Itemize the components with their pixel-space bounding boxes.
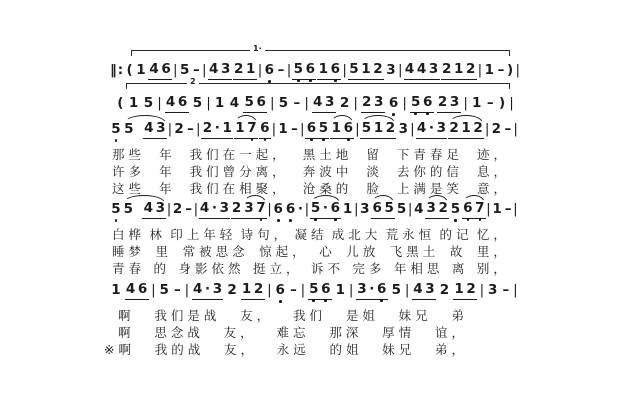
lyric-group: 我们曾分离， (190, 164, 289, 179)
note: 65 (371, 202, 395, 219)
note-digit: 4 (192, 283, 204, 297)
note: 12 (453, 283, 477, 300)
note: 4·3 (416, 122, 448, 139)
note-digit: 3 (211, 283, 223, 297)
note-digit: 5 (110, 123, 122, 137)
lyric-group: 的 (153, 261, 170, 276)
note-digit: 6 (259, 122, 271, 136)
note: 5 (396, 203, 408, 219)
barline: | (480, 284, 485, 300)
lyric-group: 是姐 (346, 308, 379, 323)
note: 3 (487, 284, 499, 300)
note-digit: 1 (234, 122, 246, 136)
note-digit: 2 (233, 63, 245, 77)
note: 5 (142, 97, 154, 113)
note: 512 (360, 122, 396, 139)
note: 3·6 (356, 283, 388, 300)
note-digit: 2 (465, 63, 477, 77)
note: – (173, 284, 182, 300)
note-digit: · (428, 122, 436, 136)
lyric-group: 常被思念 (183, 244, 249, 259)
note-digit: 6 (342, 122, 354, 136)
note-digit: 6 (274, 284, 286, 298)
note-digit: 1 (221, 122, 233, 136)
note: ( (116, 97, 125, 113)
barline: | (185, 284, 190, 300)
note-digit: ) (506, 64, 515, 78)
lyric-row: 这些年我们在相聚，沧桑的脸上满是笑意， (112, 181, 510, 196)
barline: | (206, 97, 211, 113)
note: 37 (243, 202, 267, 219)
note: 4·3 (192, 283, 224, 300)
note-digit: 3 (373, 96, 385, 110)
barline: | (304, 97, 309, 113)
barline: | (173, 64, 178, 80)
note-group: 543 (122, 202, 166, 219)
note: 5 (123, 123, 135, 139)
note-digit: 5 (449, 203, 461, 217)
lyric-group: 许多 (112, 164, 145, 179)
lyric-group: 那些 (112, 147, 145, 162)
note-digit: 6 (263, 64, 275, 78)
barline: | (353, 97, 358, 113)
note: 3 (359, 203, 371, 219)
note-digit: 3 (243, 202, 255, 216)
note: 2·1 (201, 122, 233, 139)
barline: | (194, 203, 199, 219)
lyric-group: 成北大 (332, 227, 382, 242)
note-digit: 1 (128, 97, 140, 111)
note-digit: 3 (487, 284, 499, 298)
note-digit: 1 (453, 63, 465, 77)
lyric-group: 上满是笑 (397, 181, 463, 196)
note-digit: 4 (228, 97, 240, 111)
note: – (501, 284, 510, 300)
note-digit: 1 (110, 284, 122, 298)
lyric-group: 故 (450, 244, 467, 259)
note-digit: 4 (199, 202, 211, 216)
lyric-group: 永远 (277, 342, 310, 357)
note-digit: 5 (179, 64, 191, 78)
barline: | (463, 97, 468, 113)
barline: | (410, 123, 415, 139)
note-digit: 5 (348, 63, 360, 77)
note-digit: 5 (158, 284, 170, 298)
note-digit: – (292, 97, 301, 111)
lyric-group: 心 (319, 244, 336, 259)
note-digit: 1 (471, 97, 483, 111)
note-digit: 5 (317, 122, 329, 136)
lyric-row: 啊思念战友，难忘那深厚情谊， (118, 325, 468, 340)
note: 2 (490, 123, 502, 139)
lyric-group: 年 (159, 164, 176, 179)
note: – (503, 123, 512, 139)
lyric-group: 这些 (112, 181, 145, 196)
note-digit: 4 (416, 63, 428, 77)
note-digit: 2 (438, 284, 450, 298)
note: 212 (441, 63, 477, 80)
note-digit: 5 (308, 283, 320, 297)
barline: | (202, 64, 207, 80)
note: 17 (234, 122, 258, 139)
note: 2 (438, 284, 450, 300)
note: 56 (243, 96, 267, 113)
note: 1 (342, 203, 354, 219)
lyric-group: 年 (159, 181, 176, 196)
lyric-group: 别， (477, 261, 510, 276)
note: 1 (334, 284, 346, 300)
note-digit: 4 (143, 122, 155, 136)
lyric-group: 啊 (118, 325, 135, 340)
barline: | (515, 64, 520, 80)
note: 2 (172, 203, 184, 219)
note: 32 (425, 202, 449, 219)
note-digit: 3 (154, 202, 166, 216)
note-digit: 4 (404, 63, 416, 77)
note: 5 (277, 97, 289, 113)
note: 56 (410, 96, 434, 113)
note-digit: 1 (360, 63, 372, 77)
lyric-row: 那些年我们在一起，黑土地留下青春足迹， (112, 147, 510, 162)
note-digit: 3 (220, 63, 232, 77)
note: 1 (491, 203, 503, 219)
note-digit: 6 (137, 283, 149, 297)
note: – (184, 203, 193, 219)
note: 5 (179, 64, 191, 80)
note: 1 (483, 64, 495, 80)
note-digit: 6 (320, 283, 332, 297)
barline: | (398, 64, 403, 80)
note: 2 (339, 97, 351, 113)
note: 6 (259, 122, 271, 139)
lyric-group: 年相思 (394, 261, 444, 276)
note-digit: 2 (437, 96, 449, 110)
lyric-group: 年 (159, 147, 176, 162)
volta-label: 1· (250, 45, 265, 53)
note-digit: 6 (329, 202, 341, 216)
notation-line: 5543|2–|4·3237|66·|5·61|3655|432567|1–| (110, 202, 518, 219)
note: 1 (110, 284, 122, 300)
barline: | (408, 203, 413, 219)
lyric-group: 去你的信 (397, 164, 463, 179)
note-digit: – (486, 97, 495, 111)
note: 1 (277, 123, 289, 139)
note-digit: · (368, 283, 376, 297)
note-digit: 5 (122, 203, 134, 217)
note-digit: 3 (356, 283, 368, 297)
note-digit: 3 (385, 64, 397, 78)
note: 16 (330, 122, 354, 139)
lyric-group: 离 (452, 261, 469, 276)
note-digit: 6 (371, 202, 383, 216)
lyric-group: 我们 (293, 308, 326, 323)
note: 1 (214, 97, 226, 113)
note: 6 (263, 64, 275, 80)
note: 43 (412, 283, 436, 300)
note-digit: 7 (246, 122, 258, 136)
barline: | (509, 97, 514, 113)
note-digit: 1 (241, 283, 253, 297)
volta-bracket: 1· (131, 50, 510, 56)
note: 2 (173, 123, 185, 139)
note-digit: 4 (142, 202, 154, 216)
lyric-group: 身影依然 (178, 261, 244, 276)
note: 46 (148, 63, 172, 80)
note-digit: 6 (376, 283, 388, 297)
note-digit: – (503, 123, 512, 137)
note: 443 (404, 63, 440, 80)
lyric-group: 凝结 (294, 227, 327, 242)
note: 65 (305, 122, 329, 139)
barline: | (272, 123, 277, 139)
note: 6 (274, 284, 286, 300)
lyric-group: 白桦 (112, 227, 145, 242)
note: 3 (397, 123, 409, 139)
lyric-row: 许多年我们曾分离，奔波中淡去你的信息， (112, 164, 510, 179)
note: – (276, 64, 285, 80)
note: 2 (226, 284, 238, 300)
notation-line: ‖:(146|5–|4321|6–|5616|5123|443212|1–)| (110, 63, 520, 80)
note: 56 (292, 63, 316, 80)
notation-line: (15|465|1456|5–|432|236|5623|1–)| (116, 96, 514, 113)
note: – (503, 203, 512, 219)
note-digit: 1 (214, 97, 226, 111)
note: 6 (272, 203, 284, 219)
barline: | (513, 284, 518, 300)
note-digit: 2 (172, 203, 184, 217)
lyric-row: 啊我们是战友，我们是姐妹兄弟 (118, 308, 468, 323)
note: 43 (142, 202, 166, 219)
note: 5 (158, 284, 170, 300)
lyric-group: 我们在相聚， (190, 181, 289, 196)
note: – (486, 97, 495, 113)
barline: | (486, 203, 491, 219)
note-digit: 5 (410, 96, 422, 110)
note-digit: 4 (208, 63, 220, 77)
note: 46 (125, 283, 149, 300)
note-digit: · (297, 203, 305, 217)
lyric-group: 沧桑的 (303, 181, 353, 196)
lyric-group: 迹， (477, 147, 510, 162)
notation-line: 5543|2–|2·1176|1–|6516|5123|4·3212|2–| (110, 122, 518, 139)
note-digit: 5 (123, 123, 135, 137)
note-digit: 6 (388, 97, 400, 111)
lyric-group: 忆， (477, 227, 510, 242)
note: 1 (135, 64, 147, 80)
note-digit: 6 (255, 96, 267, 110)
lyric-group: 友， (224, 342, 257, 357)
note-digit: 5 (396, 203, 408, 217)
note-digit: 2 (448, 122, 460, 136)
note-digit: – (276, 64, 285, 78)
lyric-group: 里 (156, 244, 173, 259)
note-digit: 6 (177, 96, 189, 110)
note: 46 (165, 96, 189, 113)
lyric-group: 思念战 (154, 325, 204, 340)
lyric-group: 留 (366, 147, 383, 162)
note-digit: 3 (359, 203, 371, 217)
note-digit: 2 (339, 97, 351, 111)
lyric-group: 下青春足 (397, 147, 463, 162)
note-digit: 2 (465, 283, 477, 297)
note: 6· (285, 203, 305, 219)
lyric-group: 我的战 (155, 342, 205, 357)
note-digit: 4 (165, 96, 177, 110)
lyric-group: 那深 (329, 325, 362, 340)
note-digit: 2 (372, 63, 384, 77)
note-digit: 4 (312, 96, 324, 110)
lyric-group: 诗句， (241, 227, 291, 242)
lyric-group: 的姐 (329, 342, 362, 357)
note: 12 (241, 283, 265, 300)
note: 43 (312, 96, 336, 113)
barline: | (301, 284, 306, 300)
lyric-row: 白桦林印上年轻诗句，凝结成北大荒永恒的记忆， (112, 227, 510, 242)
note: –) (496, 64, 514, 80)
barline: | (287, 64, 292, 80)
barline: | (405, 284, 410, 300)
notation-line: 146|5–|4·3212|6–|561|3·65|43212|3–| (110, 283, 518, 300)
barline: | (267, 203, 272, 219)
note-digit: 1 (460, 122, 472, 136)
lyric-group: 里， (477, 244, 510, 259)
note: 5 (110, 123, 122, 139)
note-digit: 6 (272, 203, 284, 217)
note-digit: · (211, 202, 219, 216)
barline: | (267, 284, 272, 300)
note-digit: 6 (422, 96, 434, 110)
lyric-group: 的记 (440, 227, 473, 242)
note-digit: – (184, 203, 193, 217)
note-digit: 6 (304, 63, 316, 77)
note-digit: 2 (361, 96, 373, 110)
lyric-group: 诉不 (311, 261, 344, 276)
lyric-group: 淡 (366, 164, 383, 179)
barline: | (157, 97, 162, 113)
barline: | (513, 203, 518, 219)
sheet-music-page: 1·2‖:(146|5–|4321|6–|5616|5123|443212|1–… (0, 0, 640, 400)
note-digit: 3 (218, 202, 230, 216)
note-digit: 4 (413, 203, 425, 217)
lyric-group: 妹兄 (382, 342, 415, 357)
note-digit: 1 (330, 122, 342, 136)
note-digit: 6 (285, 203, 297, 217)
note-digit: – (289, 284, 298, 298)
note-digit: 1 (317, 63, 329, 77)
note: 4·3 (199, 202, 231, 219)
barline: | (196, 123, 201, 139)
note-digit: 5 (383, 202, 395, 216)
note-digit: 6 (305, 122, 317, 136)
note-digit: 3 (428, 63, 440, 77)
note-digit: 5 (292, 63, 304, 77)
note-digit: 5 (191, 97, 203, 111)
note: 5·6 (310, 202, 342, 219)
barline: | (167, 203, 172, 219)
barline: | (300, 123, 305, 139)
lyric-group: 我们在一起， (190, 147, 289, 162)
note-digit: 2 (437, 202, 449, 216)
lyric-group: 飞黑土 (390, 244, 440, 259)
note: 5 (449, 203, 461, 219)
lyric-group: 黑土地 (303, 147, 353, 162)
note: 512 (348, 63, 384, 80)
lyric-group: ※啊 (104, 342, 135, 357)
note-digit: – (186, 123, 195, 137)
note: 56 (308, 283, 332, 300)
note: 1 (128, 97, 140, 113)
note-digit: 1 (135, 64, 147, 78)
note: 6 (388, 97, 400, 113)
note-digit: 2 (441, 63, 453, 77)
barline: | (402, 97, 407, 113)
note: 5 (122, 203, 134, 219)
note-digit: – (173, 284, 182, 298)
note-digit: – (290, 123, 299, 137)
lyric-group: 儿放 (346, 244, 379, 259)
lyric-row: ※啊我的战友，永远的姐妹兄弟， (104, 342, 468, 357)
note-digit: 1 (245, 63, 257, 77)
lyric-group: 弟， (435, 342, 468, 357)
note: 43 (208, 63, 232, 80)
note: 4 (228, 97, 240, 113)
lyric-group: 谊， (435, 325, 468, 340)
note-digit: 2 (384, 122, 396, 136)
note: 212 (448, 122, 484, 139)
note-digit: 4 (416, 122, 428, 136)
note-digit: 1 (491, 203, 503, 217)
note-digit: 1 (453, 283, 465, 297)
note: 3 (385, 64, 397, 80)
note: – (289, 284, 298, 300)
note-digit: 5 (142, 97, 154, 111)
note-digit: 7 (474, 202, 486, 216)
note-digit: 3 (324, 96, 336, 110)
note-digit: 1 (334, 284, 346, 298)
lyric-group: 难忘 (276, 325, 309, 340)
barline: | (342, 64, 347, 80)
barline: | (354, 203, 359, 219)
lyric-group: 妹兄 (399, 308, 432, 323)
note: – (186, 123, 195, 139)
note-digit: ( (125, 64, 134, 78)
lyric-group: 林 (149, 227, 166, 242)
note-digit: 1 (277, 123, 289, 137)
note: ( (125, 64, 134, 80)
barline: | (485, 123, 490, 139)
note-digit: 1 (342, 203, 354, 217)
barline: | (270, 97, 275, 113)
note-digit: 6 (329, 63, 341, 77)
note-digit: 3 (449, 96, 461, 110)
note-digit: 2 (490, 123, 502, 137)
note: 5 (191, 97, 203, 113)
lyric-group: 友， (224, 325, 257, 340)
note: 16 (317, 63, 341, 80)
note-digit: 3 (155, 122, 167, 136)
note-digit: · (322, 202, 330, 216)
note-digit: 5 (277, 97, 289, 111)
note: 67 (462, 202, 486, 219)
lyric-group: 啊 (118, 308, 135, 323)
note-digit: 7 (255, 202, 267, 216)
note-digit: 2 (201, 122, 213, 136)
note-digit: · (204, 283, 212, 297)
note-digit: 6 (462, 202, 474, 216)
barline: | (258, 64, 263, 80)
barline: | (305, 203, 310, 219)
note-group: 543 (123, 122, 167, 139)
